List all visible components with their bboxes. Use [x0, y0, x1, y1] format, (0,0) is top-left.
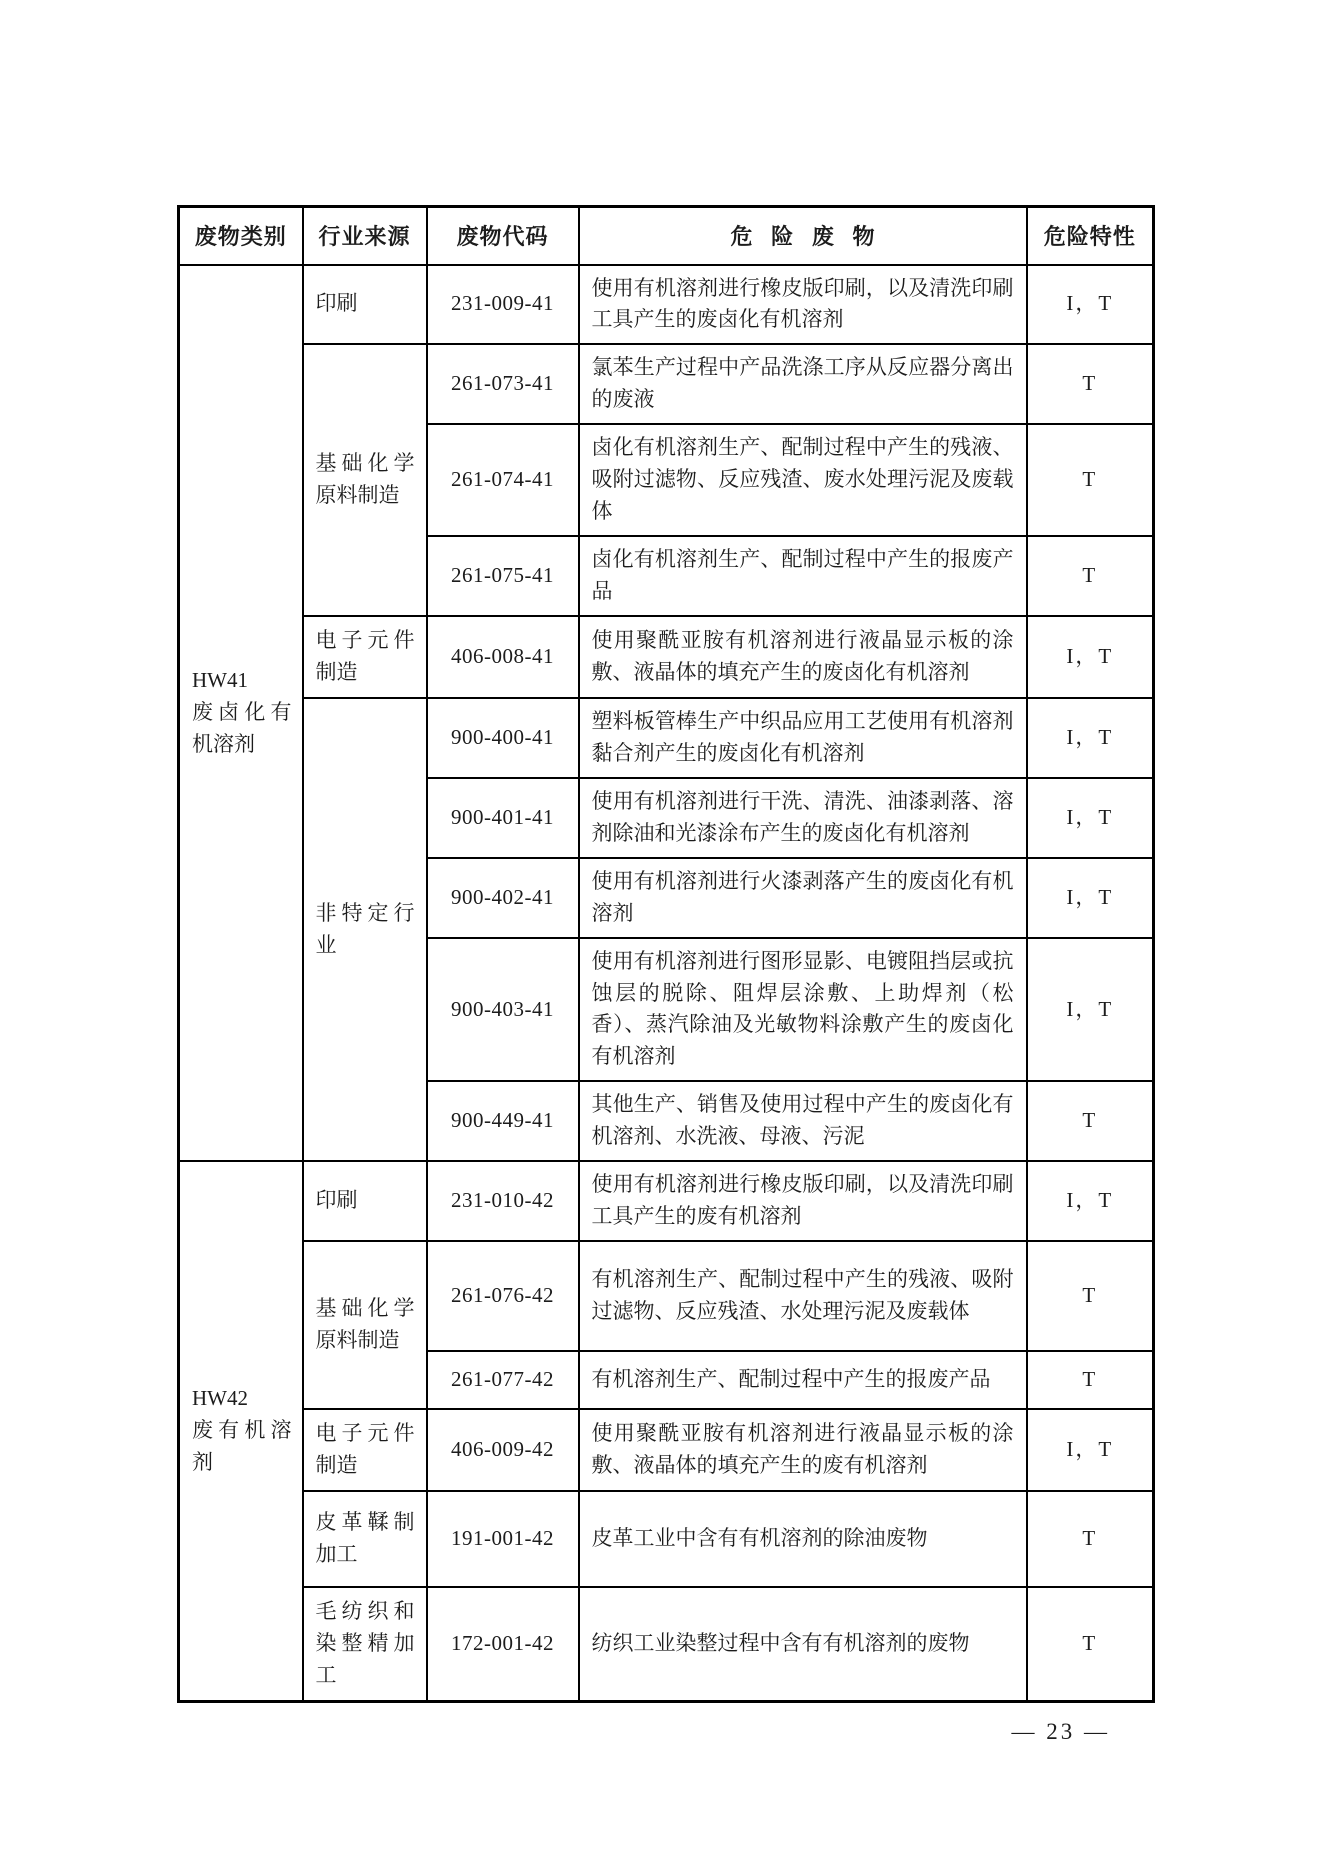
- category-cell-hw42: HW42 废有机溶剂: [179, 1161, 303, 1701]
- waste-description-cell: 卤化有机溶剂生产、配制过程中产生的残液、吸附过滤物、反应残渣、废水处理污泥及废载…: [579, 424, 1027, 536]
- waste-code-cell: 261-074-41: [427, 424, 579, 536]
- industry-source-cell: 印刷: [303, 1161, 427, 1241]
- waste-description-cell: 塑料板管棒生产中织品应用工艺使用有机溶剂黏合剂产生的废卤化有机溶剂: [579, 698, 1027, 778]
- hazard-property-cell: I，T: [1027, 858, 1154, 938]
- hazard-property-cell: T: [1027, 344, 1154, 424]
- waste-code-cell: 261-073-41: [427, 344, 579, 424]
- waste-description-cell: 使用聚酰亚胺有机溶剂进行液晶显示板的涂敷、液晶体的填充产生的废卤化有机溶剂: [579, 616, 1027, 698]
- waste-description-cell: 氯苯生产过程中产品洗涤工序从反应器分离出的废液: [579, 344, 1027, 424]
- waste-code-cell: 406-009-42: [427, 1409, 579, 1491]
- hazard-property-cell: T: [1027, 424, 1154, 536]
- waste-description-cell: 使用有机溶剂进行橡皮版印刷，以及清洗印刷工具产生的废有机溶剂: [579, 1161, 1027, 1241]
- waste-code-cell: 406-008-41: [427, 616, 579, 698]
- hazard-property-cell: I，T: [1027, 265, 1154, 345]
- hazard-property-cell: I，T: [1027, 1161, 1154, 1241]
- table-row: 基础化学原料制造 261-076-42 有机溶剂生产、配制过程中产生的残液、吸附…: [179, 1241, 1154, 1351]
- hazard-property-cell: T: [1027, 1491, 1154, 1587]
- industry-source-cell: 基础化学原料制造: [303, 1241, 427, 1409]
- col-header-hazardous-waste: 危险废物: [579, 207, 1027, 265]
- page-number: — 23 —: [177, 1719, 1152, 1745]
- category-name: 废有机溶剂: [192, 1415, 292, 1479]
- waste-code-cell: 231-009-41: [427, 265, 579, 345]
- waste-description-cell: 使用有机溶剂进行火漆剥落产生的废卤化有机溶剂: [579, 858, 1027, 938]
- table-row: 基础化学原料制造 261-073-41 氯苯生产过程中产品洗涤工序从反应器分离出…: [179, 344, 1154, 424]
- col-header-waste-category: 废物类别: [179, 207, 303, 265]
- industry-source-cell: 皮革鞣制加工: [303, 1491, 427, 1587]
- waste-code-cell: 172-001-42: [427, 1587, 579, 1701]
- waste-description-cell: 纺织工业染整过程中含有有机溶剂的废物: [579, 1587, 1027, 1701]
- category-cell-hw41: HW41 废卤化有机溶剂: [179, 265, 303, 1162]
- col-header-industry-source: 行业来源: [303, 207, 427, 265]
- col-header-hazard-property: 危险特性: [1027, 207, 1154, 265]
- waste-code-cell: 900-401-41: [427, 778, 579, 858]
- industry-source-cell: 非特定行业: [303, 698, 427, 1161]
- table-row: 皮革鞣制加工 191-001-42 皮革工业中含有有机溶剂的除油废物 T: [179, 1491, 1154, 1587]
- waste-description-cell: 卤化有机溶剂生产、配制过程中产生的报废产品: [579, 536, 1027, 616]
- category-code: HW42: [192, 1383, 292, 1415]
- industry-source-cell: 基础化学原料制造: [303, 344, 427, 616]
- waste-code-cell: 900-402-41: [427, 858, 579, 938]
- industry-source-cell: 电子元件制造: [303, 1409, 427, 1491]
- hazard-property-cell: I，T: [1027, 616, 1154, 698]
- industry-source-cell: 毛纺织和染整精加工: [303, 1587, 427, 1701]
- waste-description-cell: 使用有机溶剂进行橡皮版印刷，以及清洗印刷工具产生的废卤化有机溶剂: [579, 265, 1027, 345]
- hazard-property-cell: T: [1027, 1241, 1154, 1351]
- waste-code-cell: 261-077-42: [427, 1351, 579, 1409]
- table-row: HW42 废有机溶剂 印刷 231-010-42 使用有机溶剂进行橡皮版印刷，以…: [179, 1161, 1154, 1241]
- hazard-property-cell: T: [1027, 1351, 1154, 1409]
- hazard-property-cell: I，T: [1027, 778, 1154, 858]
- waste-code-cell: 900-449-41: [427, 1081, 579, 1161]
- waste-description-cell: 有机溶剂生产、配制过程中产生的报废产品: [579, 1351, 1027, 1409]
- waste-code-cell: 900-403-41: [427, 938, 579, 1082]
- hazard-property-cell: I，T: [1027, 938, 1154, 1082]
- category-code: HW41: [192, 665, 292, 697]
- table-row: 电子元件制造 406-009-42 使用聚酰亚胺有机溶剂进行液晶显示板的涂敷、液…: [179, 1409, 1154, 1491]
- waste-code-cell: 261-076-42: [427, 1241, 579, 1351]
- waste-description-cell: 使用有机溶剂进行干洗、清洗、油漆剥落、溶剂除油和光漆涂布产生的废卤化有机溶剂: [579, 778, 1027, 858]
- waste-code-cell: 261-075-41: [427, 536, 579, 616]
- category-name: 废卤化有机溶剂: [192, 697, 292, 761]
- waste-code-cell: 900-400-41: [427, 698, 579, 778]
- hazard-property-cell: T: [1027, 536, 1154, 616]
- document-page: 废物类别 行业来源 废物代码 危险废物 危险特性 HW41 废卤化有机溶剂 印刷…: [0, 0, 1323, 1871]
- hazard-property-cell: T: [1027, 1587, 1154, 1701]
- col-header-waste-code: 废物代码: [427, 207, 579, 265]
- waste-description-cell: 使用有机溶剂进行图形显影、电镀阻挡层或抗蚀层的脱除、阻焊层涂敷、上助焊剂（松香）…: [579, 938, 1027, 1082]
- table-row: 非特定行业 900-400-41 塑料板管棒生产中织品应用工艺使用有机溶剂黏合剂…: [179, 698, 1154, 778]
- industry-source-cell: 印刷: [303, 265, 427, 345]
- waste-description-cell: 皮革工业中含有有机溶剂的除油废物: [579, 1491, 1027, 1587]
- waste-code-cell: 191-001-42: [427, 1491, 579, 1587]
- header-row: 废物类别 行业来源 废物代码 危险废物 危险特性: [179, 207, 1154, 265]
- hazardous-waste-table: 废物类别 行业来源 废物代码 危险废物 危险特性 HW41 废卤化有机溶剂 印刷…: [177, 205, 1155, 1703]
- hazard-property-cell: I，T: [1027, 1409, 1154, 1491]
- waste-code-cell: 231-010-42: [427, 1161, 579, 1241]
- waste-description-cell: 其他生产、销售及使用过程中产生的废卤化有机溶剂、水洗液、母液、污泥: [579, 1081, 1027, 1161]
- industry-source-cell: 电子元件制造: [303, 616, 427, 698]
- hazard-property-cell: I，T: [1027, 698, 1154, 778]
- table-row: 毛纺织和染整精加工 172-001-42 纺织工业染整过程中含有有机溶剂的废物 …: [179, 1587, 1154, 1701]
- hazard-property-cell: T: [1027, 1081, 1154, 1161]
- table-row: HW41 废卤化有机溶剂 印刷 231-009-41 使用有机溶剂进行橡皮版印刷…: [179, 265, 1154, 345]
- table-row: 电子元件制造 406-008-41 使用聚酰亚胺有机溶剂进行液晶显示板的涂敷、液…: [179, 616, 1154, 698]
- waste-description-cell: 有机溶剂生产、配制过程中产生的残液、吸附过滤物、反应残渣、水处理污泥及废载体: [579, 1241, 1027, 1351]
- waste-description-cell: 使用聚酰亚胺有机溶剂进行液晶显示板的涂敷、液晶体的填充产生的废有机溶剂: [579, 1409, 1027, 1491]
